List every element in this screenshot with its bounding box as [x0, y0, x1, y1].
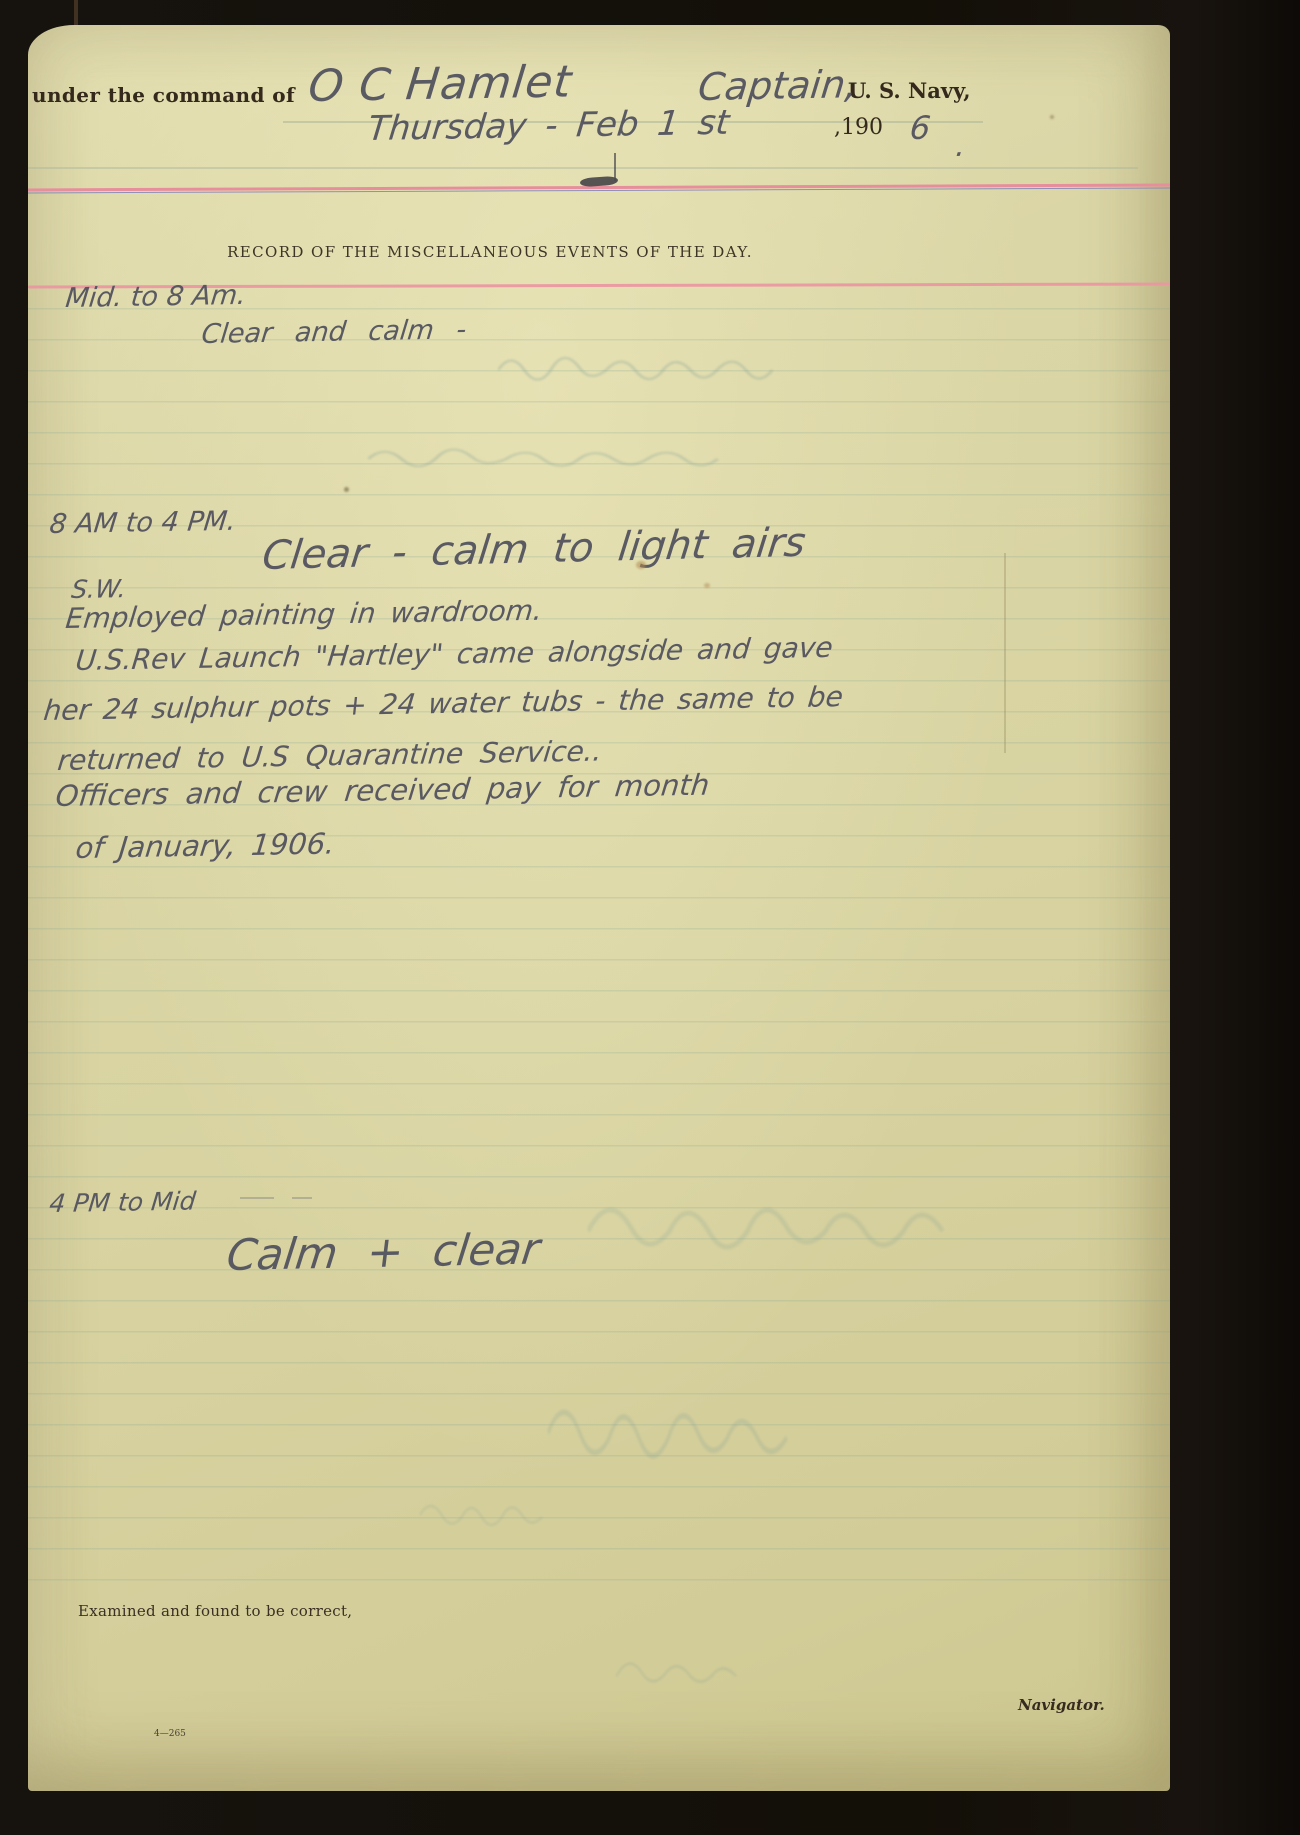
paper-stain [704, 583, 710, 588]
handwritten-period: . [954, 129, 967, 164]
entry-launch-line2: her 24 sulphur pots + 24 water tubs - th… [42, 680, 845, 727]
printed-command-prefix: under the command of [32, 83, 295, 107]
bleed-through-marks [368, 441, 738, 477]
section-title: RECORD OF THE MISCELLANEOUS EVENTS OF TH… [190, 243, 790, 261]
watch3-weather: Calm + clear [224, 1224, 542, 1281]
watch1-weather: Clear and calm - [200, 314, 468, 350]
watch2-weather: Clear - calm to light airs [260, 520, 808, 579]
scanned-logbook-photo: under the command of U. S. Navy, ,190 RE… [0, 0, 1300, 1835]
watch1-label: Mid. to 8 Am. [64, 280, 248, 314]
entry-launch-line1: U.S.Rev Launch "Hartley" came alongside … [74, 631, 835, 677]
watch2-label: 8 AM to 4 PM. [48, 506, 237, 540]
watch2-wind-direction: S.W. [70, 574, 128, 604]
paper-fleck [344, 487, 349, 492]
handwritten-date: Thursday - Feb 1 st [366, 103, 731, 149]
watch3-label: 4 PM to Mid [48, 1186, 197, 1218]
ink-hairline [614, 153, 616, 181]
bleed-through-signature [610, 1651, 750, 1687]
navigator-label: Navigator. [1018, 1696, 1105, 1714]
logbook-page: under the command of U. S. Navy, ,190 RE… [28, 25, 1170, 1791]
bleed-through-marks [548, 1387, 798, 1479]
paper-stain [636, 561, 646, 569]
paper-fleck [1050, 115, 1054, 119]
bleed-through-marks [420, 1493, 590, 1533]
underlying-sheet-edge [74, 0, 78, 28]
entry-pay-line2: of January, 1906. [74, 826, 336, 865]
date-entry-rule [28, 167, 1138, 169]
form-number: 4—265 [154, 1729, 186, 1739]
examined-statement: Examined and found to be correct, [78, 1602, 352, 1620]
handwritten-commander-name: O C Hamlet [306, 56, 575, 112]
printed-us-navy: U. S. Navy, [848, 78, 971, 103]
bleed-through-marks [588, 1183, 978, 1263]
handwritten-year-digit: 6 [908, 109, 932, 147]
bleed-through-marks [498, 347, 788, 389]
faint-pencil-dashes [240, 1197, 336, 1205]
printed-year-190: ,190 [834, 115, 883, 140]
entry-painting: Employed painting in wardroom. [64, 594, 544, 635]
paper-crease [1004, 553, 1006, 753]
